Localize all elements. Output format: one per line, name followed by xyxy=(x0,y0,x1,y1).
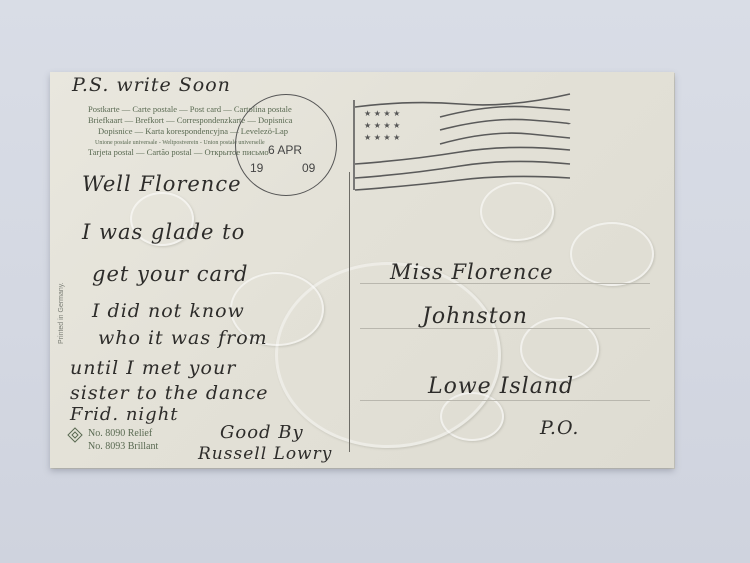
publisher-line: No. 8093 Brillant xyxy=(88,441,158,452)
message-line: I was glade to xyxy=(82,220,245,244)
message-line: Frid. night xyxy=(70,404,179,425)
message-line: sister to the dance xyxy=(70,382,268,404)
postcard: P.S. write Soon Postkarte — Carte postal… xyxy=(50,72,674,468)
postmark-date: 6 APR xyxy=(268,143,302,157)
address-line: P.O. xyxy=(540,417,579,439)
address-line: Miss Florence xyxy=(390,260,554,284)
message-line: Well Florence xyxy=(82,172,242,196)
postmark-year-right: 09 xyxy=(302,161,315,175)
message-line: who it was from xyxy=(98,327,268,349)
svg-text:★ ★ ★ ★: ★ ★ ★ ★ xyxy=(364,121,400,130)
postmark-stamp: 6 APR 19 09 xyxy=(235,94,337,196)
address-rule xyxy=(360,400,650,401)
publisher-logo-icon xyxy=(67,427,83,443)
message-line: get your card xyxy=(92,262,249,286)
printed-in-germany: Printed in Germany. xyxy=(58,282,65,344)
svg-text:★ ★ ★ ★: ★ ★ ★ ★ xyxy=(364,109,400,118)
postmark-year-left: 19 xyxy=(250,161,263,175)
publisher-line: No. 8090 Relief xyxy=(88,428,152,439)
emboss-swirl xyxy=(275,262,501,448)
address-line: Lowe Island xyxy=(428,374,574,399)
message-line: Good By xyxy=(220,422,304,443)
card-divider xyxy=(349,172,350,452)
signature: Russell Lowry xyxy=(198,444,332,464)
message-line: until I met your xyxy=(70,357,236,379)
emboss-rose xyxy=(570,222,654,286)
message-line: I did not know xyxy=(92,300,245,322)
svg-text:★ ★ ★ ★: ★ ★ ★ ★ xyxy=(364,133,400,142)
flag-cancel-icon: ★ ★ ★ ★ ★ ★ ★ ★ ★ ★ ★ ★ xyxy=(350,82,575,192)
emboss-rose xyxy=(520,317,599,381)
address-line: Johnston xyxy=(422,304,528,329)
postscript-handwriting: P.S. write Soon xyxy=(72,74,231,96)
